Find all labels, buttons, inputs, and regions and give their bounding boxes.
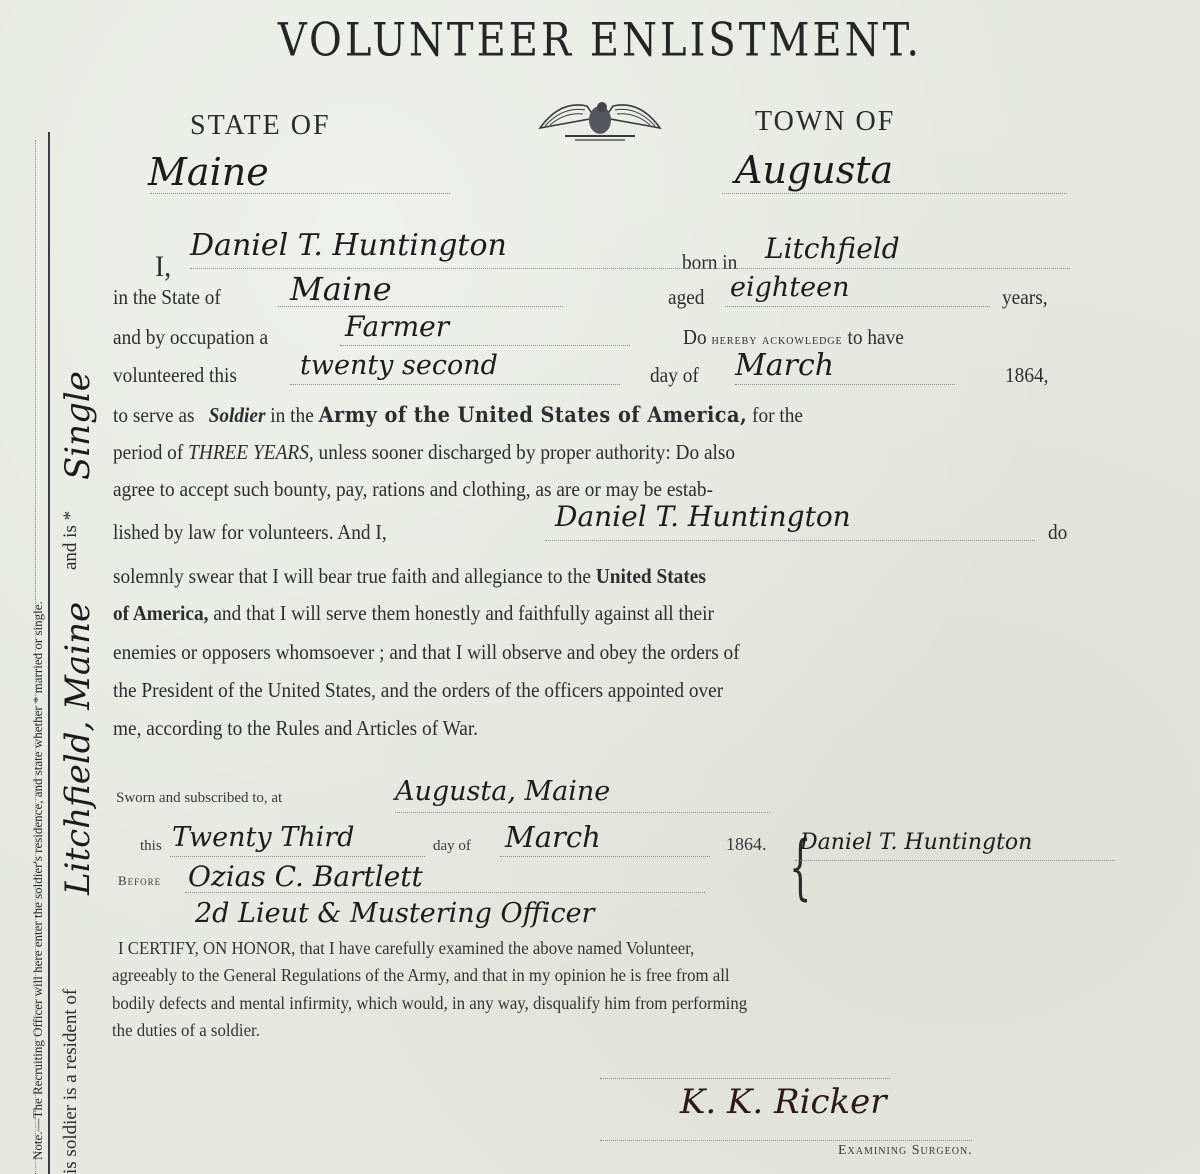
certify-line-2: agreeably to the General Regulations of … — [112, 965, 730, 986]
volunteered-label: volunteered this — [113, 363, 237, 388]
bounty-text: agree to accept such bounty, pay, ration… — [113, 477, 713, 502]
sworn-month-value: March — [505, 820, 601, 854]
oath-name-value: Daniel T. Huntington — [555, 500, 851, 533]
articles-of-war-text: me, according to the Rules and Articles … — [113, 716, 478, 741]
officer-name: Ozias C. Bartlett — [188, 860, 423, 893]
sworn-month-line — [500, 856, 710, 857]
serve-honestly-text: and that I will serve them honestly and … — [213, 601, 714, 625]
age-value: eighteen — [730, 272, 849, 303]
to-have-label: to have — [847, 325, 903, 349]
aged-label: aged — [668, 285, 704, 310]
united-states-text: United States — [596, 564, 706, 588]
surgeon-line-bottom — [600, 1140, 972, 1141]
army-text: Army of the United States of America, — [319, 402, 748, 427]
birthplace-value: Litchfield — [765, 232, 900, 265]
resident-value: Litchfield, Maine — [58, 602, 98, 895]
age-line — [725, 306, 990, 307]
birth-state-line — [278, 306, 563, 307]
occupation-value: Farmer — [345, 310, 449, 343]
president-text: the President of the United States, and … — [113, 678, 723, 703]
surgeon-line-top — [600, 1078, 890, 1079]
year-comma: , — [1044, 363, 1049, 387]
sworn-at-label: Sworn and subscribed to, at — [116, 790, 282, 807]
examining-surgeon-label: Examining Surgeon. — [838, 1143, 973, 1159]
born-in-label: born in — [682, 250, 737, 275]
certify-line-3: bodily defects and mental infirmity, whi… — [112, 993, 747, 1014]
sworn-day-value: Twenty Third — [172, 822, 354, 853]
state-of-label-2: in the State of — [113, 285, 221, 310]
sworn-day-line — [170, 856, 425, 857]
volunteer-signature: Daniel T. Huntington — [800, 830, 1032, 855]
volunteers-law-text: lished by law for volunteers. And I, — [113, 520, 387, 545]
resident-label: is soldier is a resident of — [60, 989, 82, 1174]
certify-line-1: I CERTIFY, ON HONOR, that I have careful… — [118, 938, 694, 959]
month-value: March — [735, 348, 834, 383]
years-label: years, — [1002, 285, 1048, 310]
of-america-text: of America, — [113, 601, 208, 625]
for-the-text: for the — [752, 403, 803, 427]
name-field-line — [190, 268, 1070, 269]
margin-note: Note.—The Recruiting Officer will here e… — [30, 601, 46, 1160]
term-value: THREE YEARS, — [188, 440, 314, 464]
to-serve-text: to serve as — [113, 403, 195, 427]
sworn-year: 1864. — [726, 834, 767, 855]
role-value: Soldier — [209, 403, 266, 427]
enemies-text: enemies or opposers whomsoever ; and tha… — [113, 640, 740, 665]
day-of-label: day of — [650, 363, 699, 388]
and-is-label: and is * — [60, 511, 82, 570]
sworn-place-line — [395, 812, 770, 813]
state-value: Maine — [148, 150, 269, 194]
do-label: Do — [683, 325, 707, 349]
period-of-text: period of — [113, 440, 183, 464]
occupation-line — [340, 345, 630, 346]
eagle-icon — [525, 90, 675, 150]
signature-line — [795, 860, 1115, 861]
enlistment-document: VOLUNTEER ENLISTMENT. STATE OF TOWN OF M… — [0, 0, 1200, 1174]
town-of-label: TOWN OF — [755, 106, 895, 138]
do-text: do — [1048, 520, 1067, 545]
certify-line-4: the duties of a soldier. — [112, 1020, 260, 1041]
occupation-label: and by occupation a — [113, 325, 268, 350]
document-title: VOLUNTEER ENLISTMENT. — [0, 14, 1200, 67]
i-label: I, — [155, 250, 171, 284]
surgeon-signature: K. K. Ricker — [680, 1082, 887, 1122]
state-of-label: STATE OF — [190, 110, 331, 142]
year-value: 1864 — [1005, 363, 1044, 387]
volunteered-day-line — [290, 384, 620, 385]
in-the-text: in the — [270, 403, 313, 427]
hereby-acknowledge-text: hereby ackowledge — [711, 331, 842, 348]
this-label: this — [140, 838, 162, 855]
marital-status-value: Single — [58, 371, 98, 480]
sworn-day-of-label: day of — [433, 838, 471, 855]
state-field-line — [150, 193, 450, 194]
volunteer-name: Daniel T. Huntington — [190, 228, 507, 263]
discharge-text: unless sooner discharged by proper autho… — [319, 440, 736, 464]
swear-text: solemnly swear that I will bear true fai… — [113, 564, 591, 588]
volunteered-day-value: twenty second — [300, 350, 498, 381]
birth-state-value: Maine — [290, 270, 392, 308]
officer-title: 2d Lieut & Mustering Officer — [195, 898, 594, 929]
month-line — [735, 384, 955, 385]
before-label: Before — [118, 873, 161, 889]
town-value: Augusta — [735, 148, 893, 192]
town-field-line — [722, 193, 1067, 194]
oath-name-line — [545, 540, 1035, 541]
margin-rule — [48, 132, 50, 1174]
officer-line — [185, 892, 705, 893]
sworn-place-value: Augusta, Maine — [395, 776, 610, 807]
